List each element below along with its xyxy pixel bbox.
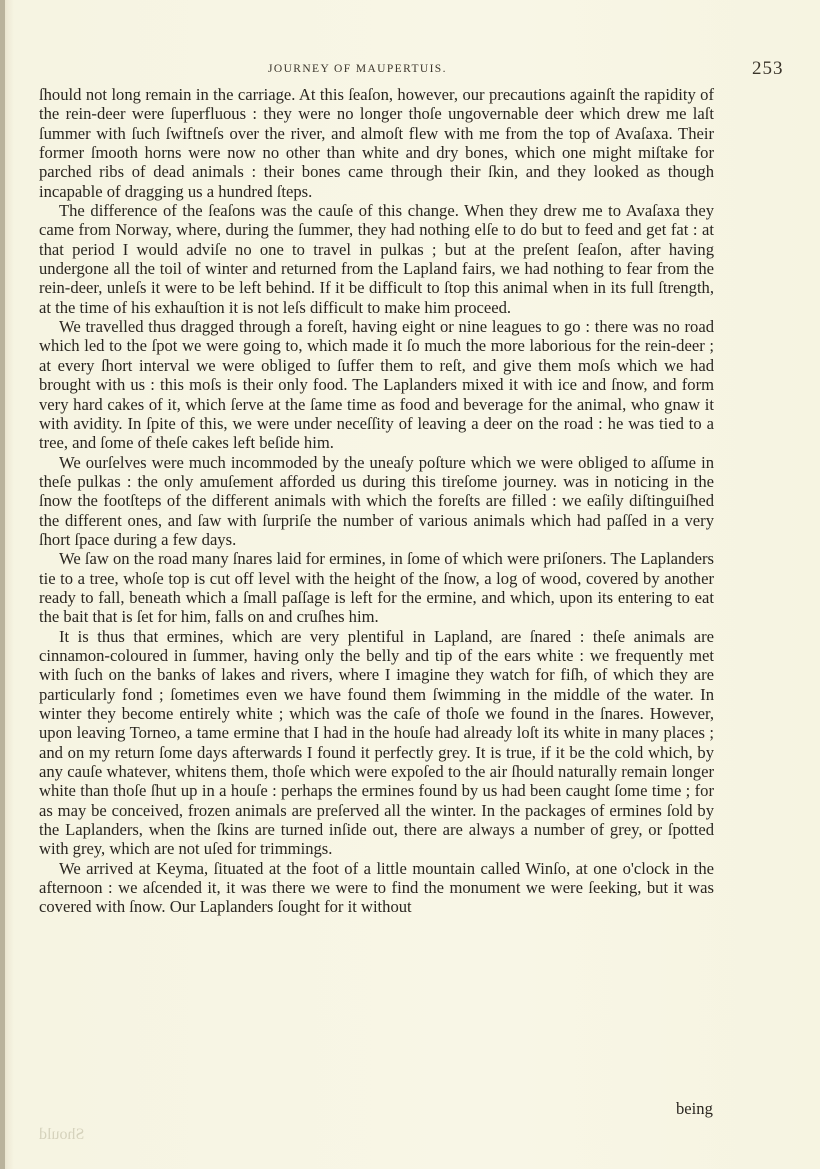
page-binding-edge — [0, 0, 5, 1169]
catchword: being — [676, 1099, 713, 1119]
paragraph: We travelled thus dragged through a fore… — [39, 317, 714, 452]
paragraph: We ourſelves were much incommoded by the… — [39, 453, 714, 550]
running-head: Journey of Maupertuis. 253 — [0, 63, 820, 83]
page-number: 253 — [752, 58, 784, 80]
running-title: Journey of Maupertuis. — [268, 63, 447, 75]
body-text: ſhould not long remain in the carriage. … — [39, 85, 714, 917]
paragraph: ſhould not long remain in the carriage. … — [39, 85, 714, 201]
paragraph: The difference of the ſeaſons was the ca… — [39, 201, 714, 317]
show-through-text: Should — [39, 1126, 84, 1144]
paragraph: It is thus that ermines, which are very … — [39, 627, 714, 859]
paragraph: We ſaw on the road many ſnares laid for … — [39, 549, 714, 626]
paragraph: We arrived at Keyma, ſituated at the foo… — [39, 859, 714, 917]
book-page: Journey of Maupertuis. 253 ſhould not lo… — [0, 0, 820, 1169]
